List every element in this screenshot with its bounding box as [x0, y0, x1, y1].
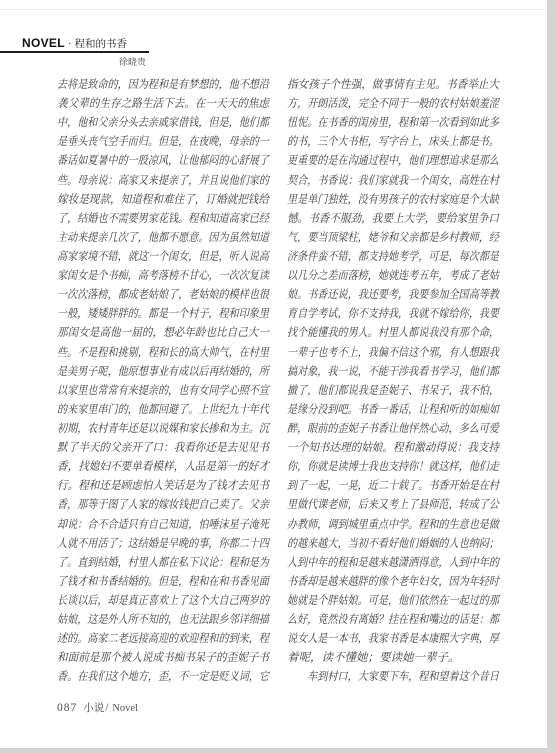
- text-line-content: 到了一起，一晃，近二十载了。书香开始是在村: [287, 477, 499, 496]
- text-column-left: 去将是致命的，因为程和是有梦想的，他不想沿袭父辈的生存之路生活下去。在一天天的焦…: [57, 76, 269, 688]
- text-line: 些。不是程和挑剔，程和长的高大帅气，在村里: [57, 344, 269, 363]
- text-line: 行。程和还是顾虑怕人笑话是为了钱才去见书: [57, 477, 269, 496]
- text-line-content: 家闺女是个书痴，高考落榜不甘心，一次次复读: [57, 267, 269, 286]
- text-line-content: 书香却是越来越胖的像个老年妇女，因为年轻时: [287, 573, 499, 592]
- text-line: 了钱才和书香结婚的。但是，程和在和书香见面: [57, 573, 269, 592]
- section-label-en: Novel: [112, 703, 138, 714]
- text-line-content: 办教师，调到城里重点中学。程和的生意也是做: [287, 516, 499, 535]
- text-line-content: 行。程和还是顾虑怕人笑话是为了钱才去见书: [57, 477, 269, 496]
- text-line: 一个知书达理的姑娘。程和激动得说：我支持: [287, 439, 499, 458]
- text-line-content: 香，找媳妇不要单看模样，人品是第一的好才: [57, 458, 269, 477]
- text-line-content: 说女人是一本书，我家书香是本康熙大字典，厚: [287, 630, 499, 649]
- text-line: 主动来提亲几次了，他都不愿意。因为虽然知道: [57, 229, 269, 248]
- text-line: 济条件蛮不错，都支持她考学，可是，每次都是: [287, 248, 499, 267]
- text-line-content: 忸怩。在书香的闺房里，程和第一次看到如此多: [287, 114, 499, 133]
- text-line: 香，那等于图了人家的嫁妆钱把自己卖了。父亲: [57, 496, 269, 515]
- text-line-content: 憾。书香不服劲，我要上大学，要给家里争口: [287, 210, 499, 229]
- text-line-content: 些。母亲说：高家又来提亲了，并且说他们家的: [57, 172, 269, 191]
- text-line: 香。在我们这个地方，歪，不一定是贬义词，它: [57, 668, 269, 687]
- text-line-content: 袭父辈的生存之路生活下去。在一天天的焦虑: [57, 95, 269, 114]
- text-line: 的越来越大，当初不看好他们婚姻的人也纳闷；: [287, 535, 499, 554]
- header-rule: [0, 51, 149, 53]
- text-line: 车到村口，大家要下车，程和望着这个昔日: [287, 668, 499, 687]
- text-line-content: 初期，农村青年还是以说媒和家长掺和为主。沉: [57, 420, 269, 439]
- scan-top-edge-line: [0, 9, 547, 10]
- text-line-content: 述的。高家二老远接高迎的欢迎程和的到来，程: [57, 630, 269, 649]
- text-line: 默了半天的父亲开了口：我看你还是去见见书: [57, 439, 269, 458]
- text-line: 些。母亲说：高家又来提亲了，并且说他们家的: [57, 172, 269, 191]
- text-line-content: 香。在我们这个地方，歪，不一定是贬义词，它: [57, 668, 269, 687]
- text-line: 初期，农村青年还是以说媒和家长掺和为主。沉: [57, 420, 269, 439]
- text-line: 人到中年的程和是越来越潇洒得意，人到中年的: [287, 554, 499, 573]
- text-line-content: 更重要的是在沟通过程中，他们理想追求是那么: [287, 152, 499, 171]
- text-line-content: 育自学考试，你不支持我，我就不嫁给你，我要: [287, 305, 499, 324]
- text-line-content: 的越来越大，当初不看好他们婚姻的人也纳闷；: [287, 535, 499, 554]
- text-line-content: 一辈子也考不上，我偏不信这个邪，有人想跟我: [287, 344, 499, 363]
- text-line: 一辈子也考不上，我偏不信这个邪，有人想跟我: [287, 344, 499, 363]
- text-line-content: 你，你就是读博士我也支持你！就这样，他们走: [287, 458, 499, 477]
- page-number: 087: [57, 702, 77, 714]
- text-line-content: 以几分之差而落榜，她就连考五年，考成了老姑: [287, 267, 499, 286]
- text-line-content: 人就不用活了；这结婚是早晚的事，你都二十四: [57, 535, 269, 554]
- text-line-content: 主动来提亲几次了，他都不愿意。因为虽然知道: [57, 229, 269, 248]
- text-line-content: 了，结婚也不需要男家花钱。程和知道高家已经: [57, 210, 269, 229]
- text-line: 是缘分没到吧。书香一番话，让程和听的如痴如: [287, 401, 499, 420]
- text-line-content: 找个能懂我的男人。村里人都说我没有那个命，: [287, 324, 499, 343]
- author-name: 徐晓贵: [0, 55, 146, 68]
- header-separator: ·: [68, 38, 72, 50]
- text-line: 么好，竟然没有离婚？挂在程和嘴边的话是：都: [287, 611, 499, 630]
- text-line: 了，结婚也不需要男家花钱。程和知道高家已经: [57, 210, 269, 229]
- text-line: 一般，矮矮胖胖的。都是一个村子，程和印象里: [57, 305, 269, 324]
- text-line-content: 气，要当顶梁柱，姥爷和父亲都是乡村教师，经: [287, 229, 499, 248]
- text-line: 的书，三个大书柜，写字台上，床头上都是书。: [287, 133, 499, 152]
- text-line: 忸怩。在书香的闺房里，程和第一次看到如此多: [287, 114, 499, 133]
- text-line: 搞对象，我一说，不能干涉我看书学习，他们都: [287, 363, 499, 382]
- text-line: 中，他和父亲分头去亲戚家借钱，但是，他们都: [57, 114, 269, 133]
- text-line: 人就不用活了；这结婚是早晚的事，你都二十四: [57, 535, 269, 554]
- text-line-content: 高家家境不错，就这一个闺女，但是，听人说高: [57, 248, 269, 267]
- text-line: 是垂头丧气空手而归。但是，在夜晚，母亲的一: [57, 133, 269, 152]
- text-line: 和面前是那个被人说成书痴书呆子的歪妮子书: [57, 649, 269, 668]
- text-line: 家闺女是个书痴，高考落榜不甘心，一次次复读: [57, 267, 269, 286]
- text-line: 到了一起，一晃，近二十载了。书香开始是在村: [287, 477, 499, 496]
- text-line: 娘。书香还说，我还要考，我要参加全国高等教: [287, 286, 499, 305]
- text-line: 述的。高家二老远接高迎的欢迎程和的到来，程: [57, 630, 269, 649]
- text-line: 里是单门独姓，没有男孩子的农村家庭是个大缺: [287, 191, 499, 210]
- text-line-content: 中，他和父亲分头去亲戚家借钱，但是，他们都: [57, 114, 269, 133]
- text-line-content: 和面前是那个被人说成书痴书呆子的歪妮子书: [57, 649, 269, 668]
- text-line: 以家里也常常有来提亲的，也有女同学心照不宣: [57, 382, 269, 401]
- text-line-content: 娘。书香还说，我还要考，我要参加全国高等教: [287, 286, 499, 305]
- text-line-content: 些。不是程和挑剔，程和长的高大帅气，在村里: [57, 344, 269, 363]
- text-line: 姑娘，这是外人所不知的，也无法跟乡邻详细描: [57, 611, 269, 630]
- text-line: 袭父辈的生存之路生活下去。在一天天的焦虑: [57, 95, 269, 114]
- text-line: 指女孩子个性强，做事情有主见。书香举止大: [287, 76, 499, 95]
- text-line: 书香却是越来越胖的像个老年妇女，因为年轻时: [287, 573, 499, 592]
- text-line-content: 了钱才和书香结婚的。但是，程和在和书香见面: [57, 573, 269, 592]
- page-header: NOVEL·程和的书香: [22, 34, 127, 52]
- text-line: 着呢，读不懂她；要读她一辈子。: [287, 649, 499, 668]
- text-line-content: 搞对象，我一说，不能干涉我看书学习，他们都: [287, 363, 499, 382]
- text-line-content: 却说：合不合适只有自己知道，怕唾沫星子淹死: [57, 516, 269, 535]
- text-line-content: 的来家里串门的，他都回避了。上世纪九十年代: [57, 401, 269, 420]
- text-line: 育自学考试，你不支持我，我就不嫁给你，我要: [287, 305, 499, 324]
- text-line-content: 里是单门独姓，没有男孩子的农村家庭是个大缺: [287, 191, 499, 210]
- text-line: 了。直到结婚，村里人都在私下议论：程和是为: [57, 554, 269, 573]
- text-line: 高家家境不错，就这一个闺女，但是，听人说高: [57, 248, 269, 267]
- text-line: 说女人是一本书，我家书香是本康熙大字典，厚: [287, 630, 499, 649]
- text-line: 香，找媳妇不要单看模样，人品是第一的好才: [57, 458, 269, 477]
- text-line-content: 一次次落榜，都成老姑娘了，老姑娘的模样也很: [57, 286, 269, 305]
- text-line: 长谈以后，却是真正喜欢上了这个大自己两岁的: [57, 592, 269, 611]
- text-line-content: 里做代课老师，后来又考上了县师范，转成了公: [287, 496, 499, 515]
- text-line-content: 默了半天的父亲开了口：我看你还是去见见书: [57, 439, 269, 458]
- text-line-content: 指女孩子个性强，做事情有主见。书香举止大: [287, 76, 499, 95]
- text-line: 气，要当顶梁柱，姥爷和父亲都是乡村教师，经: [287, 229, 499, 248]
- text-line-content: 去将是致命的，因为程和是有梦想的，他不想沿: [57, 76, 269, 95]
- text-line-content: 是缘分没到吧。书香一番话，让程和听的如痴如: [287, 401, 499, 420]
- text-line: 那闺女是高他一届的，想必年龄也比自己大一: [57, 324, 269, 343]
- text-line: 却说：合不合适只有自己知道，怕唾沫星子淹死: [57, 516, 269, 535]
- text-line: 醉，眼前的歪妮子书香让他怦然心动，多么可爱: [287, 420, 499, 439]
- text-line: 她就是个胖姑娘。可是，他们依然在一起过的那: [287, 592, 499, 611]
- text-line: 憾。书香不服劲，我要上大学，要给家里争口: [287, 210, 499, 229]
- scan-bottom-edge: [0, 748, 555, 753]
- section-divider: /: [105, 702, 108, 714]
- text-line-content: 着呢，读不懂她；要读她一辈子。: [287, 649, 460, 668]
- text-line-content: 那闺女是高他一届的，想必年龄也比自己大一: [57, 324, 269, 343]
- text-line: 以几分之差而落榜，她就连考五年，考成了老姑: [287, 267, 499, 286]
- scan-right-edge: [547, 0, 555, 753]
- text-column-right: 指女孩子个性强，做事情有主见。书香举止大方，开朗活泼，完全不同于一般的农村姑娘羞…: [287, 76, 499, 688]
- text-line: 契合，书香说：我们家就我一个闺女，高姓在村: [287, 172, 499, 191]
- magazine-page: NOVEL·程和的书香 徐晓贵 去将是致命的，因为程和是有梦想的，他不想沿袭父辈…: [0, 0, 555, 753]
- text-line: 番话如夏暑中的一股凉风，让他郁闷的心舒展了: [57, 152, 269, 171]
- text-line-content: 人到中年的程和是越来越潇洒得意，人到中年的: [287, 554, 499, 573]
- text-line-content: 嫁妆是现款，知道程和难住了，订婚就把钱给: [57, 191, 269, 210]
- magazine-name: NOVEL: [22, 36, 65, 50]
- text-line-content: 是垂头丧气空手而归。但是，在夜晚，母亲的一: [57, 133, 269, 152]
- article-body: 去将是致命的，因为程和是有梦想的，他不想沿袭父辈的生存之路生活下去。在一天天的焦…: [57, 76, 499, 688]
- text-line-content: 契合，书香说：我们家就我一个闺女，高姓在村: [287, 172, 499, 191]
- section-label-cn: 小说: [83, 703, 104, 714]
- text-line: 的来家里串门的，他都回避了。上世纪九十年代: [57, 401, 269, 420]
- text-line-content: 以家里也常常有来提亲的，也有女同学心照不宣: [57, 382, 269, 401]
- text-line-content: 醉，眼前的歪妮子书香让他怦然心动，多么可爱: [287, 420, 499, 439]
- text-line-content: 一个知书达理的姑娘。程和激动得说：我支持: [287, 439, 499, 458]
- text-line: 一次次落榜，都成老姑娘了，老姑娘的模样也很: [57, 286, 269, 305]
- article-title: 程和的书香: [75, 39, 128, 50]
- text-line: 嫁妆是现款，知道程和难住了，订婚就把钱给: [57, 191, 269, 210]
- text-line-content: 一般，矮矮胖胖的。都是一个村子，程和印象里: [57, 305, 269, 324]
- text-line: 找个能懂我的男人。村里人都说我没有那个命，: [287, 324, 499, 343]
- page-footer: 087小说/ Novel: [57, 700, 138, 715]
- text-line-content: 姑娘，这是外人所不知的，也无法跟乡邻详细描: [57, 611, 269, 630]
- text-line: 更重要的是在沟通过程中，他们理想追求是那么: [287, 152, 499, 171]
- text-line-content: 她就是个胖姑娘。可是，他们依然在一起过的那: [287, 592, 499, 611]
- text-line: 里做代课老师，后来又考上了县师范，转成了公: [287, 496, 499, 515]
- text-line: 办教师，调到城里重点中学。程和的生意也是做: [287, 516, 499, 535]
- text-line-content: 车到村口，大家要下车，程和望着这个昔日: [287, 668, 499, 687]
- text-line-content: 么好，竟然没有离婚？挂在程和嘴边的话是：都: [287, 611, 499, 630]
- text-line: 是美男子呢，他原想事业有成以后再结婚的，所: [57, 363, 269, 382]
- text-line: 你，你就是读博士我也支持你！就这样，他们走: [287, 458, 499, 477]
- text-line-content: 了。直到结婚，村里人都在私下议论：程和是为: [57, 554, 269, 573]
- text-line-content: 济条件蛮不错，都支持她考学，可是，每次都是: [287, 248, 499, 267]
- text-line-content: 撤了，他们都说我是歪妮子、书呆子，我不怕，: [287, 382, 499, 401]
- text-line: 撤了，他们都说我是歪妮子、书呆子，我不怕，: [287, 382, 499, 401]
- text-line-content: 是美男子呢，他原想事业有成以后再结婚的，所: [57, 363, 269, 382]
- text-line: 方，开朗活泼，完全不同于一般的农村姑娘羞涩: [287, 95, 499, 114]
- text-line-content: 长谈以后，却是真正喜欢上了这个大自己两岁的: [57, 592, 269, 611]
- text-line-content: 的书，三个大书柜，写字台上，床头上都是书。: [287, 133, 499, 152]
- text-line: 去将是致命的，因为程和是有梦想的，他不想沿: [57, 76, 269, 95]
- text-line-content: 番话如夏暑中的一股凉风，让他郁闷的心舒展了: [57, 152, 269, 171]
- text-line-content: 方，开朗活泼，完全不同于一般的农村姑娘羞涩: [287, 95, 499, 114]
- text-line-content: 香，那等于图了人家的嫁妆钱把自己卖了。父亲: [57, 496, 269, 515]
